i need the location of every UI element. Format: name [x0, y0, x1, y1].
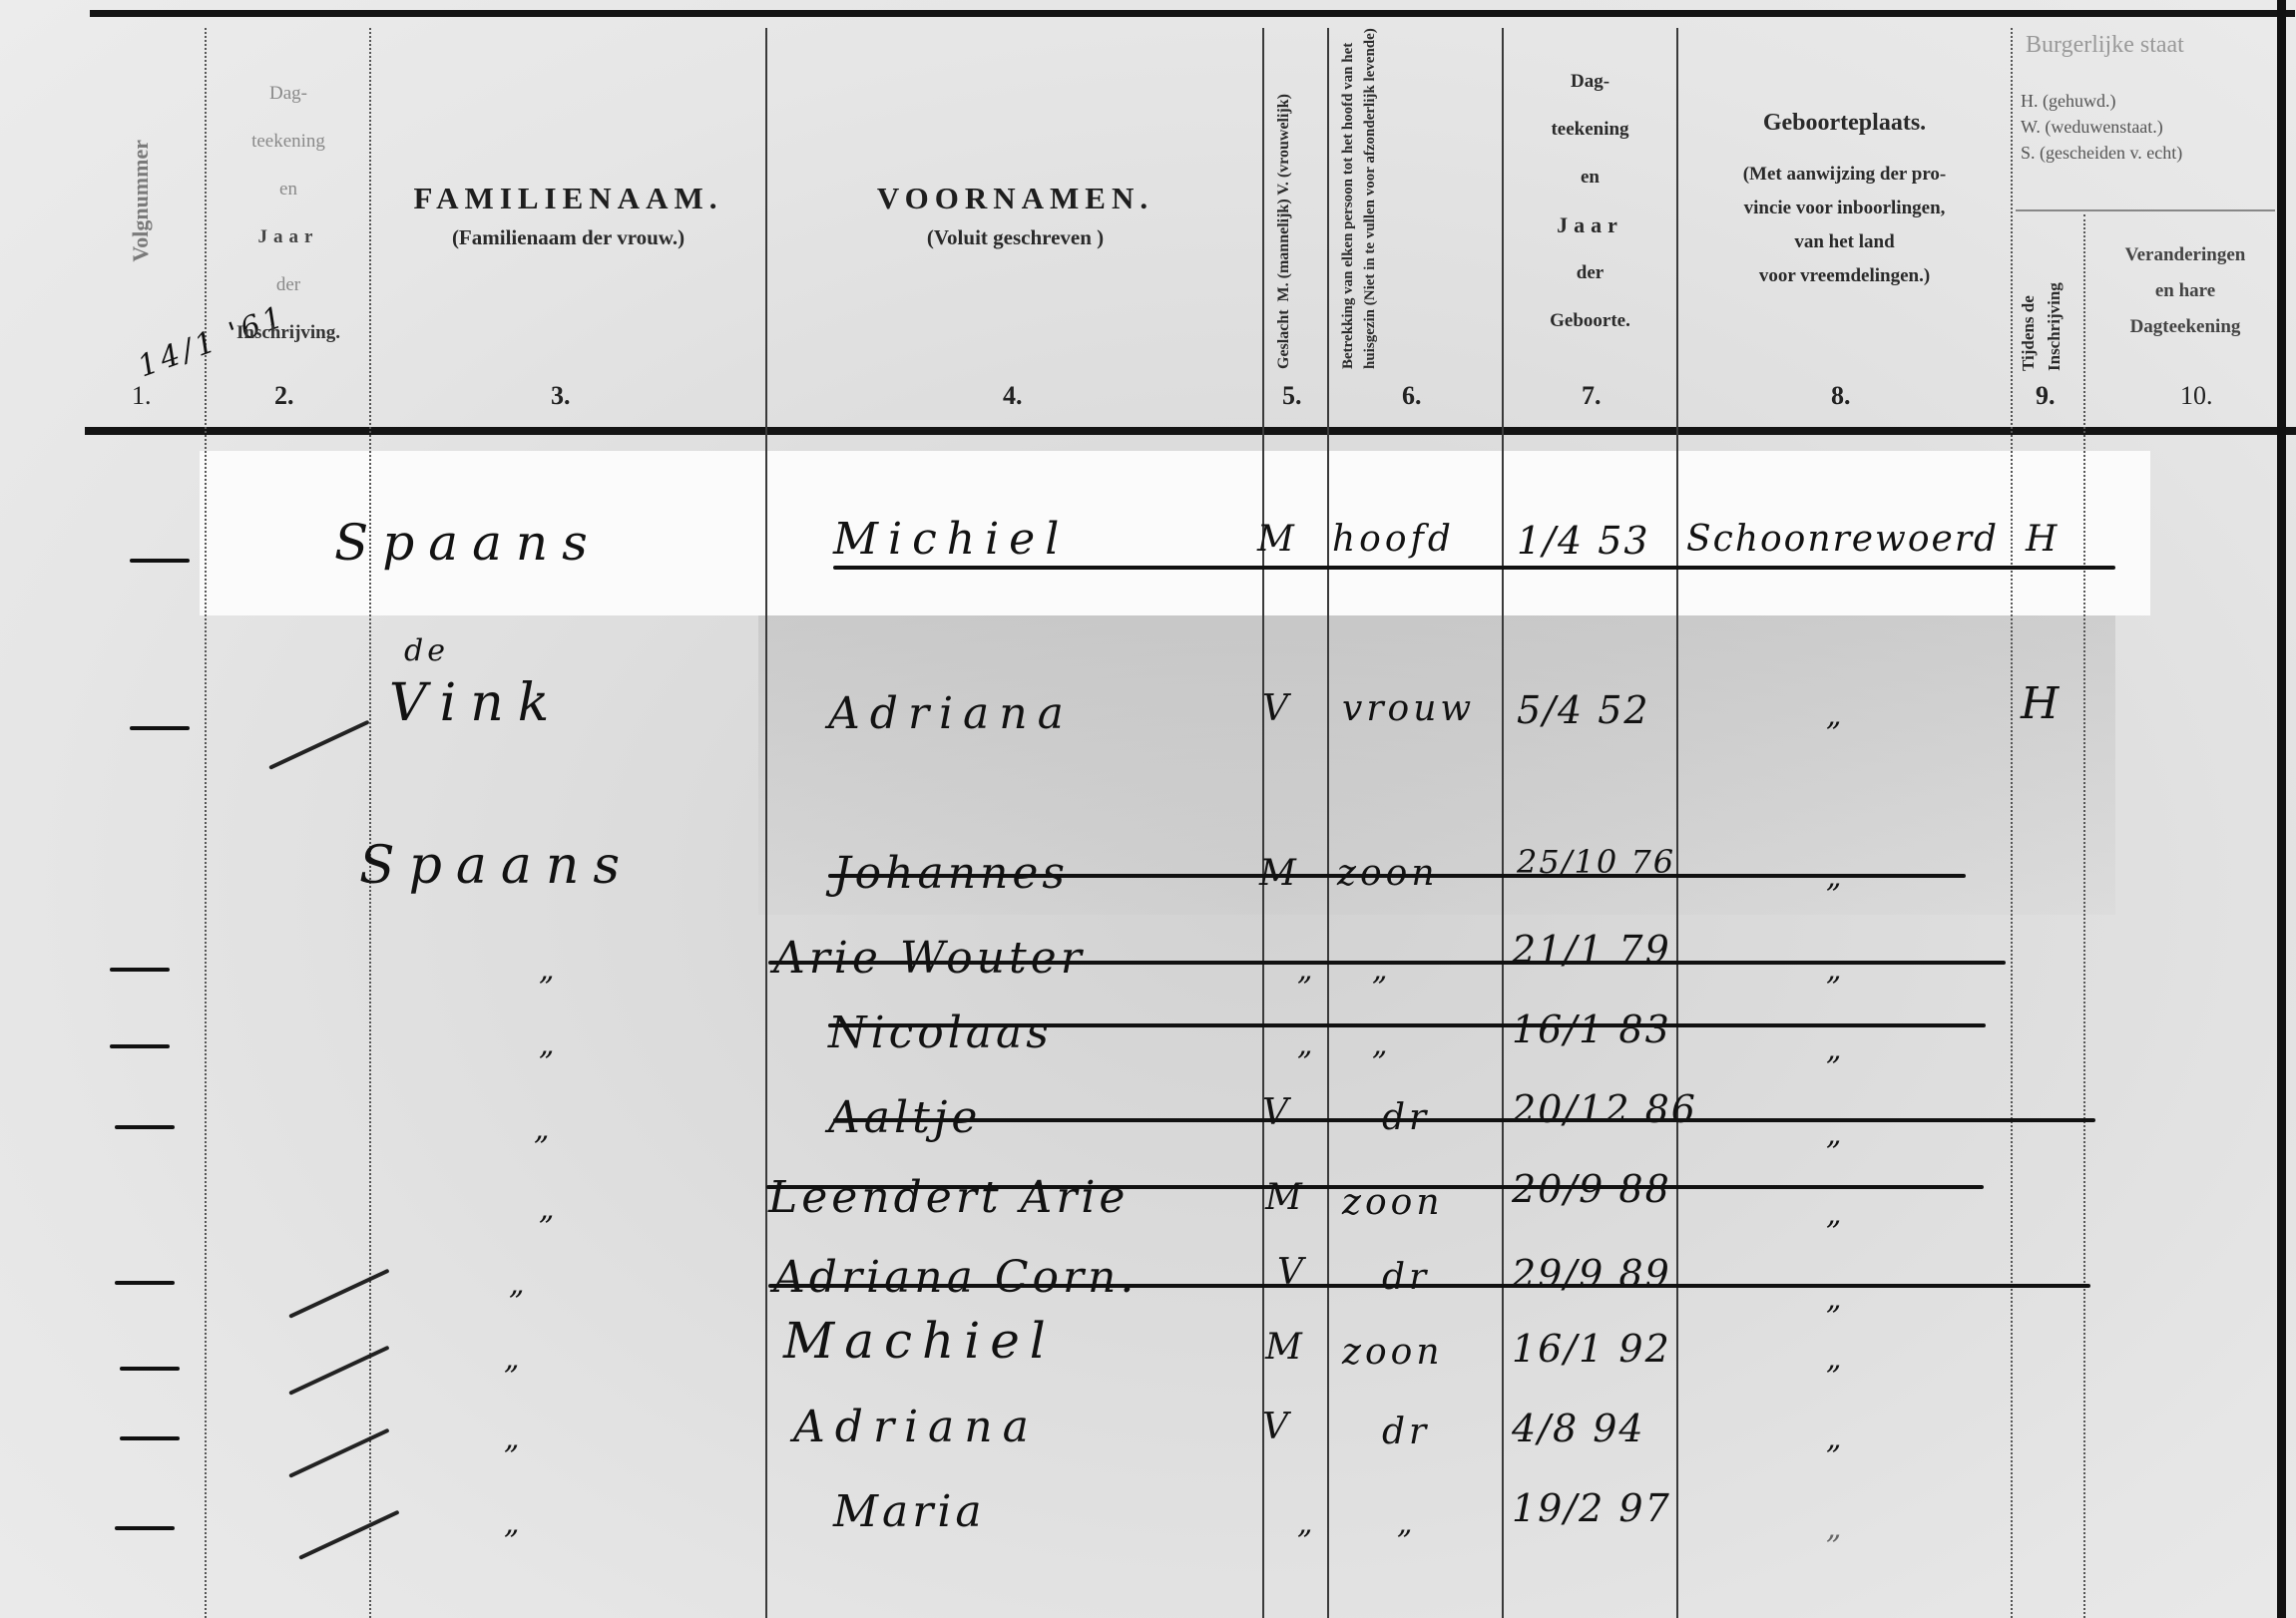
betrekking-cell: hoofd	[1332, 519, 1455, 560]
familienaam-cell: „	[504, 1421, 524, 1456]
familienaam-cell: „	[509, 1267, 529, 1302]
geboorte-cell: 1/4 53	[1517, 519, 1650, 563]
familienaam-cell: „	[539, 1027, 559, 1062]
voornamen-cell: Maria	[833, 1486, 986, 1537]
header-burgerlijke-staat: Burgerlijke staat	[2026, 30, 2285, 60]
col-number-8: 8.	[1831, 381, 1851, 411]
col-divider-8	[2011, 28, 2013, 1618]
geslacht-cell: „	[1297, 1506, 1317, 1541]
familienaam-cell: Spaans	[359, 836, 634, 896]
voornamen-cell: Leendert Arie	[768, 1172, 1129, 1223]
row-tick	[115, 1526, 175, 1530]
row-tick	[110, 1044, 170, 1048]
geslacht-cell: M	[1265, 1177, 1306, 1218]
header-voornamen: VOORNAMEN.	[768, 180, 1262, 218]
geboorteplaats-cell: „	[1826, 1197, 1846, 1232]
header-veranderingen: Veranderingen en hare Dagteekening	[2090, 237, 2280, 345]
geboorteplaats-cell: „	[1826, 698, 1846, 733]
geboorte-cell: 20/12 86	[1512, 1087, 1697, 1131]
burgerlijke-staat-legend: H. (gehuwd.) W. (weduwenstaat.) S. (gesc…	[2021, 88, 2280, 166]
strikethrough	[768, 1284, 2090, 1288]
col-number-4: 4.	[1003, 381, 1023, 411]
voornamen-cell: Nicolaas	[828, 1008, 1053, 1058]
betrekking-cell: „	[1397, 1506, 1417, 1541]
geboorte-cell: 21/1 79	[1512, 928, 1671, 972]
col-divider-5	[1327, 28, 1329, 1618]
row-tick	[115, 1125, 175, 1129]
voornamen-cell: Arie Wouter	[773, 933, 1086, 984]
geboorteplaats-cell: „	[1826, 1342, 1846, 1377]
burgerlijke-staat-divider	[2016, 209, 2275, 211]
voornamen-cell: Adriana Corn.	[773, 1252, 1138, 1303]
geslacht-cell: V	[1262, 1092, 1292, 1133]
strikethrough	[766, 1185, 1984, 1189]
col-divider-1	[205, 28, 207, 1618]
top-rule	[90, 10, 2295, 17]
familienaam-cell: „	[539, 953, 559, 988]
col-number-2: 2.	[274, 381, 294, 411]
geboorte-cell: 5/4 52	[1517, 688, 1650, 732]
row-tick	[115, 1281, 175, 1285]
row-tick	[120, 1367, 180, 1371]
burgerlijke-staat-cell: H	[2021, 678, 2063, 729]
betrekking-cell: „	[1372, 1027, 1392, 1062]
header-geboorteplaats-sub: (Met aanwijzing der pro- vincie voor inb…	[1678, 158, 2011, 293]
col-number-6: 6.	[1402, 381, 1422, 411]
betrekking-cell: „	[1372, 953, 1392, 988]
col-divider-3	[765, 28, 767, 1618]
strikethrough	[768, 961, 2006, 965]
geboorte-cell: 16/1 83	[1512, 1008, 1671, 1051]
familienaam-cell: „	[504, 1506, 524, 1541]
col-number-10: 10.	[2180, 381, 2213, 411]
betrekking-cell: zoon	[1342, 1332, 1444, 1373]
strikethrough	[828, 874, 1966, 878]
geboorteplaats-cell: „	[1826, 1117, 1846, 1152]
geboorteplaats-cell: „	[1826, 1032, 1846, 1067]
geboorteplaats-cell: „	[1826, 1511, 1846, 1546]
header-dagteekening-inschrijving: Dag- teekening en Jaar der Inschrijving.	[208, 70, 369, 357]
familienaam-cell: Vink	[389, 673, 563, 733]
row-tick	[120, 1436, 180, 1440]
voornamen-cell: Machiel	[783, 1312, 1056, 1370]
header-tijdens-inschrijving: Tijdens de Inschrijving	[2016, 221, 2075, 371]
geslacht-cell: „	[1297, 953, 1317, 988]
header-familienaam: FAMILIENAAM.	[371, 180, 765, 218]
row-slash	[298, 1510, 399, 1560]
header-betrekking: Betrekking van elken persoon tot het hoo…	[1337, 25, 1487, 369]
voornamen-cell: Michiel	[833, 514, 1069, 565]
header-volgnummer: Volgnummer	[128, 140, 154, 262]
col-number-3: 3.	[551, 381, 571, 411]
geboorte-cell: 4/8 94	[1512, 1407, 1645, 1450]
strikethrough	[833, 1118, 2095, 1122]
row-tick	[130, 559, 190, 563]
burgerlijke-staat-cell: H	[2026, 519, 2061, 560]
familienaam-note: de	[404, 633, 449, 668]
betrekking-cell: dr	[1382, 1412, 1430, 1452]
strikethrough	[833, 566, 2115, 570]
voornamen-cell: Adriana	[793, 1402, 1039, 1452]
row-slash	[288, 1346, 389, 1396]
col-number-7: 7.	[1582, 381, 1602, 411]
strikethrough	[828, 1023, 1986, 1027]
geboorteplaats-cell: Schoonrewoerd	[1686, 519, 1999, 560]
header-geboorteplaats: Geboorteplaats.	[1678, 108, 2011, 138]
header-familienaam-sub: (Familienaam der vrouw.)	[371, 224, 765, 250]
geboorte-cell: 29/9 89	[1512, 1252, 1671, 1296]
header-bottom-rule	[85, 427, 2296, 435]
header-dagteekening-geboorte: Dag- teekening en Jaar der Geboorte.	[1504, 58, 1676, 345]
familienaam-cell: „	[534, 1112, 554, 1147]
row-slash	[268, 720, 369, 770]
voornamen-cell: Adriana	[828, 688, 1074, 739]
geboorteplaats-cell: „	[1826, 953, 1846, 988]
header-geslacht: Geslacht M. (mannelijk) V. (vrouwelijk)	[1275, 40, 1293, 369]
geboorteplaats-cell: „	[1826, 1421, 1846, 1456]
row-slash	[288, 1428, 389, 1478]
familienaam-cell: „	[504, 1342, 524, 1377]
row-tick	[110, 968, 170, 972]
col-number-9: 9.	[2036, 381, 2056, 411]
geslacht-cell: M	[1257, 519, 1298, 560]
col-divider-9	[2083, 214, 2085, 1618]
familienaam-cell: „	[539, 1192, 559, 1227]
geslacht-cell: M	[1265, 1327, 1306, 1368]
row-tick	[130, 726, 190, 730]
geslacht-cell: V	[1262, 1407, 1292, 1447]
col-number-5: 5.	[1282, 381, 1302, 411]
betrekking-cell: vrouw	[1342, 688, 1475, 729]
register-page: Volgnummer 14/1 '61 1. Dag- teekening en…	[0, 0, 2296, 1618]
col-number-1: 1.	[132, 381, 152, 411]
geboorte-cell: 19/2 97	[1512, 1486, 1671, 1530]
familienaam-cell: Spaans	[334, 514, 602, 572]
geboorte-cell: 16/1 92	[1512, 1327, 1671, 1371]
geslacht-cell: V	[1262, 688, 1292, 729]
geslacht-cell: „	[1297, 1027, 1317, 1062]
geboorte-cell: 20/9 88	[1512, 1167, 1671, 1211]
header-voornamen-sub: (Voluit geschreven )	[768, 224, 1262, 250]
col-divider-2	[369, 28, 371, 1618]
col-divider-4	[1262, 28, 1264, 1618]
row-slash	[288, 1269, 389, 1319]
betrekking-cell: dr	[1382, 1257, 1430, 1298]
